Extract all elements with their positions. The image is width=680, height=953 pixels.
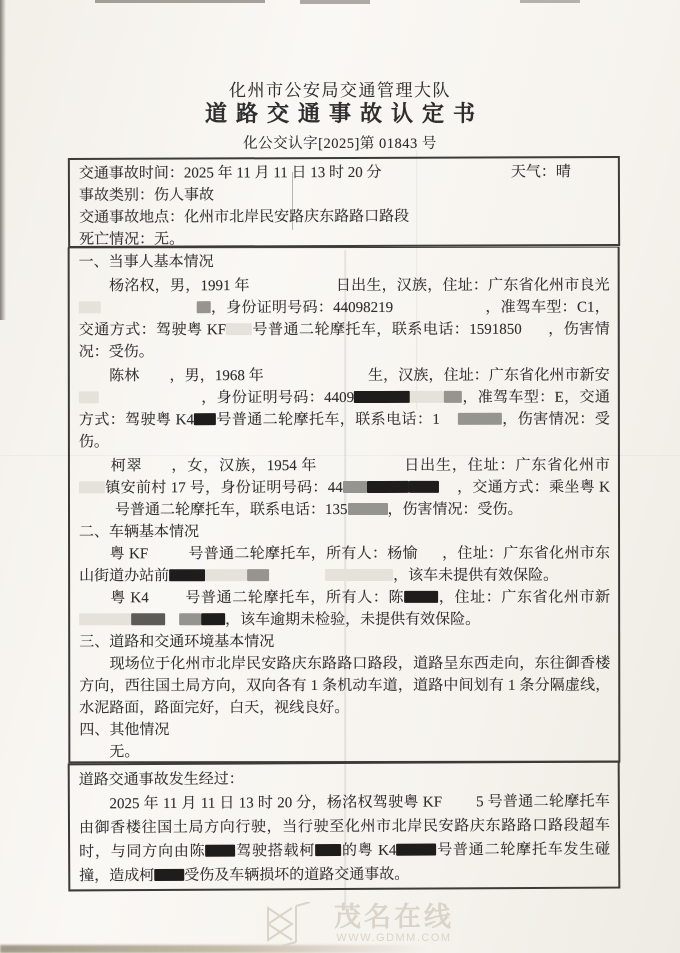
redaction-block — [197, 301, 211, 313]
redaction-block — [442, 795, 476, 807]
redaction-block — [205, 845, 235, 857]
redaction-block — [264, 369, 368, 381]
redaction-block — [101, 301, 197, 313]
redaction-block — [169, 569, 205, 581]
redaction-block — [79, 503, 115, 515]
redaction-block — [79, 301, 101, 313]
document-title: 道路交通事故认定书 — [0, 97, 680, 128]
redaction-block — [315, 844, 341, 856]
section-vehicles-heading: 二、车辆基本情况 — [79, 521, 610, 544]
document-number: 化公交认字[2025]第 01843 号 — [0, 132, 680, 153]
party-paragraph-ke: 柯翠，女，汉族，1954 年日出生，住址：广东省化州市镇安前村 17 号，身份证… — [79, 455, 610, 522]
watermark-text: 茂名在线 WWW.GDMM.COM — [334, 904, 454, 944]
redaction-block — [79, 391, 99, 403]
redaction-block — [396, 844, 436, 856]
redaction-block — [418, 547, 442, 559]
body-table: 一、当事人基本情况 杨洺权，男，1991 年日出生，汉族，住址：广东省化州市良光… — [68, 247, 621, 764]
redaction-block — [131, 613, 165, 625]
narrative-heading: 道路交通事故发生经过： — [79, 766, 610, 793]
watermark-site-name: 茂名在线 — [334, 904, 454, 931]
section-road-heading: 三、道路和交通环境基本情况 — [79, 631, 610, 654]
redaction-block — [440, 413, 458, 425]
watermark-site-url: WWW.GDMM.COM — [336, 933, 451, 944]
redaction-block — [325, 569, 393, 581]
redaction-block — [226, 323, 252, 335]
redaction-block — [393, 301, 485, 313]
redaction-block — [179, 613, 201, 625]
redaction-block — [201, 613, 225, 625]
redaction-block — [410, 391, 444, 403]
redaction-block — [165, 613, 179, 625]
vehicle-paragraph-1: 粤 KF号普通二轮摩托车，所有人：杨愉，住址：广东省化州市东山街道办站前，该车未… — [79, 543, 610, 588]
redaction-block — [458, 413, 502, 425]
redaction-block — [439, 481, 457, 493]
redaction-block — [444, 391, 462, 403]
redaction-block — [409, 481, 439, 493]
redaction-block — [194, 413, 216, 425]
narrative-table: 道路交通事故发生经过： 2025 年 11 月 11 日 13 时 20 分，杨… — [68, 761, 621, 892]
redaction-block — [79, 481, 105, 493]
redaction-block — [317, 459, 403, 471]
redaction-block — [343, 481, 367, 493]
redaction-block — [154, 869, 184, 881]
accident-category: 事故类别：伤人事故 — [79, 183, 610, 207]
section-other-heading: 四、其他情况 — [79, 719, 610, 742]
road-paragraph: 现场位于化州市北岸民安路庆东路路口路段，道路呈东西走向，东往御香楼方向，西往国土… — [79, 653, 610, 720]
accident-time: 交通事故时间：2025 年 11 月 11 日 13 时 20 分 — [79, 165, 382, 182]
redaction-block — [269, 569, 325, 581]
other-paragraph: 无。 — [79, 741, 610, 764]
redaction-block — [247, 569, 269, 581]
redaction-block — [149, 591, 185, 603]
redaction-block — [404, 591, 438, 603]
scanned-document: 化州市公安局交通管理大队 道路交通事故认定书 化公交认字[2025]第 0184… — [0, 0, 680, 953]
redaction-block — [79, 613, 131, 625]
accident-location: 交通事故地点：化州市北岸民安路庆东路路口路段 — [79, 205, 610, 229]
redaction-block — [99, 391, 201, 403]
redaction-block — [250, 279, 336, 291]
narrative-paragraph: 2025 年 11 月 11 日 13 时 20 分，杨洺权驾驶粤 KF5 号普… — [79, 790, 610, 889]
weather: 天气：晴 — [511, 161, 571, 183]
party-paragraph-chen: 陈林，男，1968 年生，汉族，住址：广东省化州市新安，身份证明号码：4409，… — [79, 365, 610, 454]
redaction-block — [143, 459, 171, 471]
redaction-block — [348, 503, 388, 515]
gdmm-logo-icon — [266, 902, 324, 946]
info-row-time: 交通事故时间：2025 年 11 月 11 日 13 时 20 分 天气：晴 — [79, 161, 610, 185]
redaction-block — [139, 369, 169, 381]
redaction-block — [148, 547, 188, 559]
section-parties-heading: 一、当事人基本情况 — [79, 251, 610, 274]
redaction-block — [367, 481, 409, 493]
info-table: 交通事故时间：2025 年 11 月 11 日 13 时 20 分 天气：晴 事… — [68, 156, 620, 248]
redaction-block — [522, 323, 548, 335]
redaction-block — [354, 391, 410, 403]
party-paragraph-yang: 杨洺权，男，1991 年日出生，汉族，住址：广东省化州市良光，身份证明号码：44… — [79, 275, 610, 364]
redaction-block — [205, 569, 247, 581]
vehicle-paragraph-2: 粤 K4号普通二轮摩托车，所有人：陈，住址：广东省化州市新，该车逾期未检验，未提… — [79, 587, 610, 632]
watermark: 茂名在线 WWW.GDMM.COM — [266, 902, 454, 946]
